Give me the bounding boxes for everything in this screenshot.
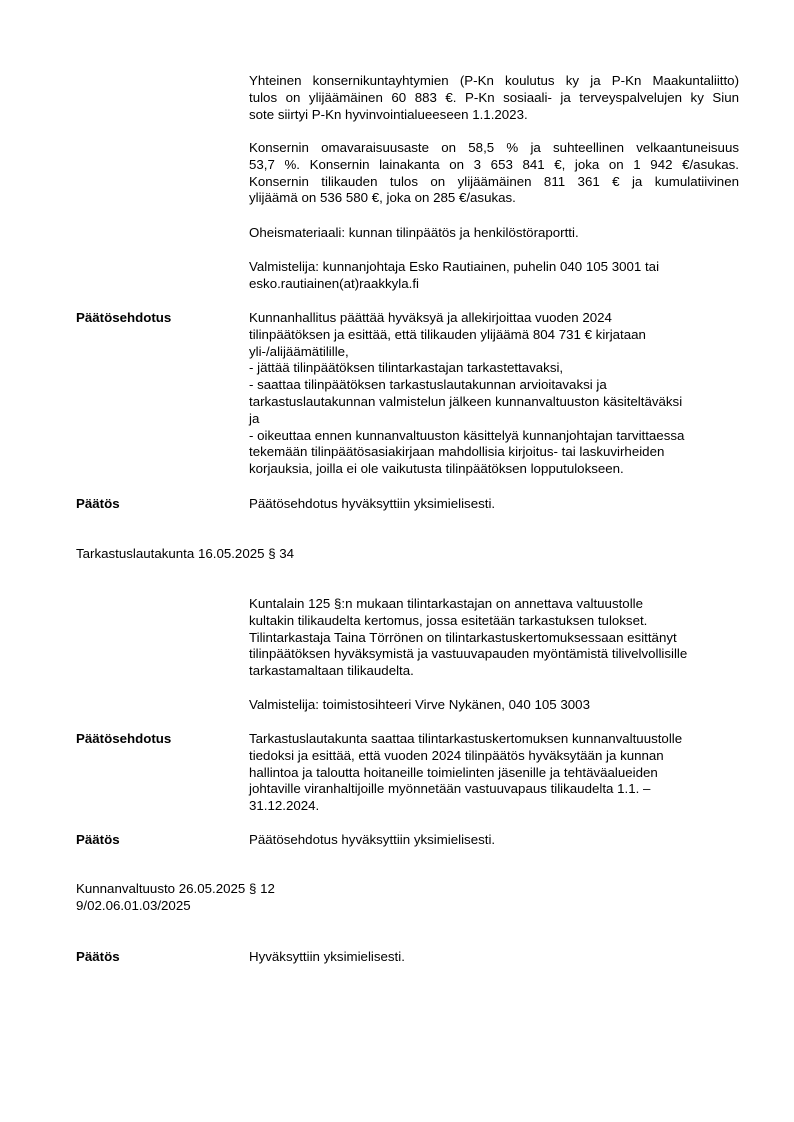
auditor-report-paragraph: Kuntalain 125 §:n mukaan tilintarkastaja… [249,596,739,680]
text-line: Konsernin tilikauden tulos on ylijäämäin… [249,174,739,191]
text-line: ja [249,411,739,428]
record-number: 9/02.06.01.03/2025 [76,898,736,915]
proposal-label: Päätösehdotus [76,310,171,327]
decision-label: Päätös [76,949,120,966]
text-line: - jättää tilinpäätöksen tilintarkastajan… [249,360,739,377]
text-line: - oikeuttaa ennen kunnanvaltuuston käsit… [249,428,739,445]
text-line: Tilintarkastaja Taina Törrönen on tilint… [249,630,739,647]
text-line: tilinpäätöksen ja esittää, että tilikaud… [249,327,739,344]
text-line: tulos on ylijäämäinen 60 883 €. P-Kn sos… [249,90,739,107]
text-line: ylijäämä on 536 580 €, joka on 285 €/asu… [249,190,739,207]
text-line: tarkastamaltaan tilikaudelta. [249,663,739,680]
decision-text: Päätösehdotus hyväksyttiin yksimielisest… [249,496,739,513]
decision-text: Hyväksyttiin yksimielisesti. [249,949,739,966]
text-line: Kuntalain 125 §:n mukaan tilintarkastaja… [249,596,739,613]
preparer-info: Valmistelija: kunnanjohtaja Esko Rautiai… [249,259,739,293]
proposal-text: Tarkastuslautakunta saattaa tilintarkast… [249,731,739,815]
text-line: yli-/alijäämätilille, [249,344,739,361]
text-line: esko.rautiainen(at)raakkyla.fi [249,276,739,293]
text-line: 31.12.2024. [249,798,739,815]
text-line: 53,7 %. Konsernin lainakanta on 3 653 84… [249,157,739,174]
text-line: Kunnanhallitus päättää hyväksyä ja allek… [249,310,739,327]
text-line: hallintoa ja taloutta hoitaneille toimie… [249,765,739,782]
proposal-label: Päätösehdotus [76,731,171,748]
text-line: Valmistelija: kunnanjohtaja Esko Rautiai… [249,259,739,276]
decision-label: Päätös [76,496,120,513]
group-financials-paragraph: Konsernin omavaraisuusaste on 58,5 % ja … [249,140,739,207]
text-line: tilinpäätöksen hyväksymistä ja vastuuvap… [249,646,739,663]
consolidated-joint-authorities-paragraph: Yhteinen konsernikuntayhtymien (P-Kn kou… [249,73,739,123]
text-line: Tarkastuslautakunta saattaa tilintarkast… [249,731,739,748]
proposal-text: Kunnanhallitus päättää hyväksyä ja allek… [249,310,739,478]
text-line: Konsernin omavaraisuusaste on 58,5 % ja … [249,140,739,157]
text-line: tekemään tilinpäätösasiakirjaan mahdolli… [249,444,739,461]
text-line: - saattaa tilinpäätöksen tarkastuslautak… [249,377,739,394]
text-line: tiedoksi ja esittää, että vuoden 2024 ti… [249,748,739,765]
decision-text: Päätösehdotus hyväksyttiin yksimielisest… [249,832,739,849]
text-line: johtaville viranhaltijoille myönnetään v… [249,781,739,798]
council-heading: Kunnanvaltuusto 26.05.2025 § 12 9/02.06.… [76,881,736,915]
attachments-note: Oheismateriaali: kunnan tilinpäätös ja h… [249,225,739,242]
document-page: Yhteinen konsernikuntayhtymien (P-Kn kou… [0,0,794,1122]
text-line: kultakin tilikaudelta kertomus, jossa es… [249,613,739,630]
text-line: sote siirtyi P-Kn hyvinvointialueeseen 1… [249,107,739,124]
meeting-reference: Kunnanvaltuusto 26.05.2025 § 12 [76,881,736,898]
text-line: Yhteinen konsernikuntayhtymien (P-Kn kou… [249,73,739,90]
text-line: korjauksia, joilla ei ole vaikutusta til… [249,461,739,478]
preparer-info: Valmistelija: toimistosihteeri Virve Nyk… [249,697,739,714]
decision-label: Päätös [76,832,120,849]
audit-committee-heading: Tarkastuslautakunta 16.05.2025 § 34 [76,546,736,563]
text-line: tarkastuslautakunnan valmistelun jälkeen… [249,394,739,411]
